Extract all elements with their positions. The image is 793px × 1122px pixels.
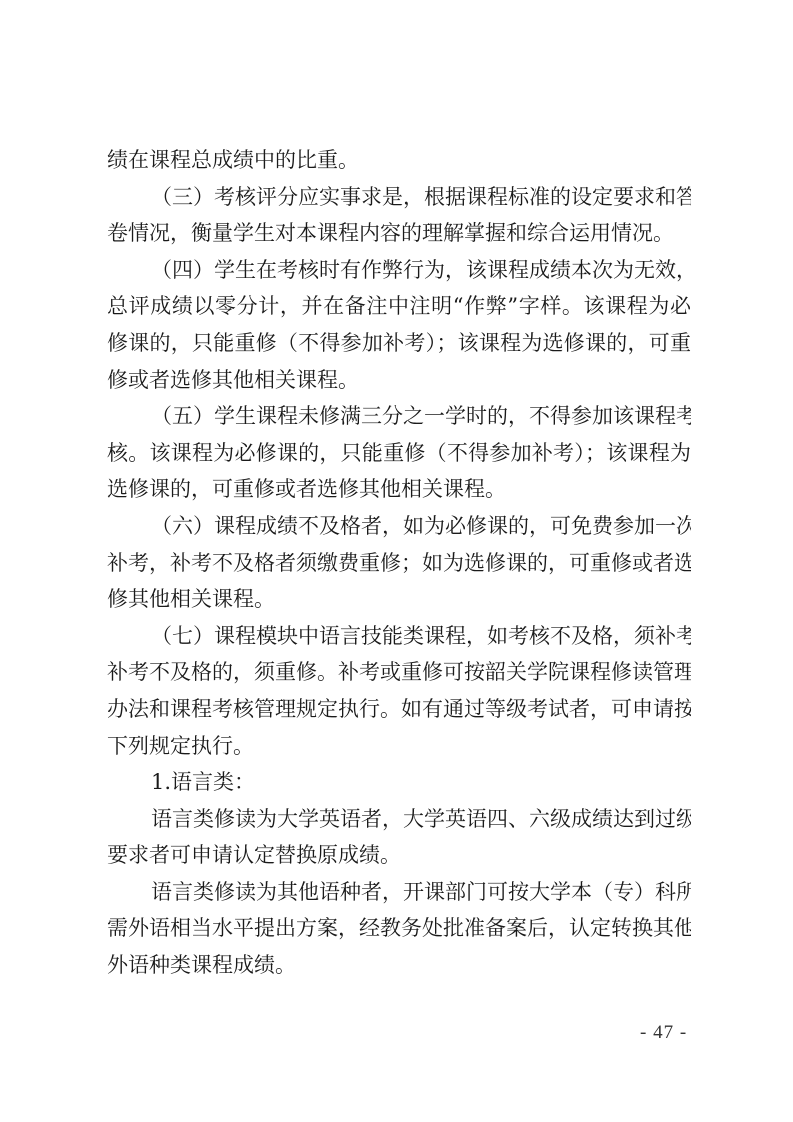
text-line: （六）课程成绩不及格者，如为必修课的，可免费参加一次 [107,508,691,545]
text-line: 办法和课程考核管理规定执行。如有通过等级考试者，可申请按 [107,691,691,728]
text-line: 卷情况，衡量学生对本课程内容的理解掌握和综合运用情况。 [107,215,691,252]
text-line: （七）课程模块中语言技能类课程，如考核不及格，须补考； [107,618,691,655]
text-line: 要求者可申请认定替换原成绩。 [107,837,691,874]
text-line: 补考，补考不及格者须缴费重修；如为选修课的，可重修或者选 [107,545,691,582]
text-line: 绩在课程总成绩中的比重。 [107,142,691,179]
text-line: 修其他相关课程。 [107,581,691,618]
text-line: 核。该课程为必修课的，只能重修（不得参加补考）；该课程为 [107,435,691,472]
text-line: 语言类修读为大学英语者，大学英语四、六级成绩达到过级 [107,801,691,838]
text-line: 修或者选修其他相关课程。 [107,362,691,399]
text-line: 选修课的，可重修或者选修其他相关课程。 [107,471,691,508]
text-line: 语言类修读为其他语种者，开课部门可按大学本（专）科所 [107,874,691,911]
text-line: 需外语相当水平提出方案，经教务处批准备案后，认定转换其他 [107,910,691,947]
document-page: 绩在课程总成绩中的比重。（三）考核评分应实事求是，根据课程标准的设定要求和答卷情… [0,0,793,1122]
text-line: （三）考核评分应实事求是，根据课程标准的设定要求和答 [107,179,691,216]
document-body: 绩在课程总成绩中的比重。（三）考核评分应实事求是，根据课程标准的设定要求和答卷情… [107,142,691,984]
text-line: 1.语言类： [107,764,691,801]
text-line: 外语种类课程成绩。 [107,947,691,984]
text-line: 补考不及格的，须重修。补考或重修可按韶关学院课程修读管理 [107,654,691,691]
text-line: 总评成绩以零分计，并在备注中注明“作弊”字样。该课程为必 [107,288,691,325]
page-number: - 47 - [640,1022,687,1044]
text-line: 下列规定执行。 [107,728,691,765]
text-line: （五）学生课程未修满三分之一学时的，不得参加该课程考 [107,398,691,435]
text-line: 修课的，只能重修（不得参加补考）；该课程为选修课的，可重 [107,325,691,362]
text-line: （四）学生在考核时有作弊行为，该课程成绩本次为无效， [107,252,691,289]
